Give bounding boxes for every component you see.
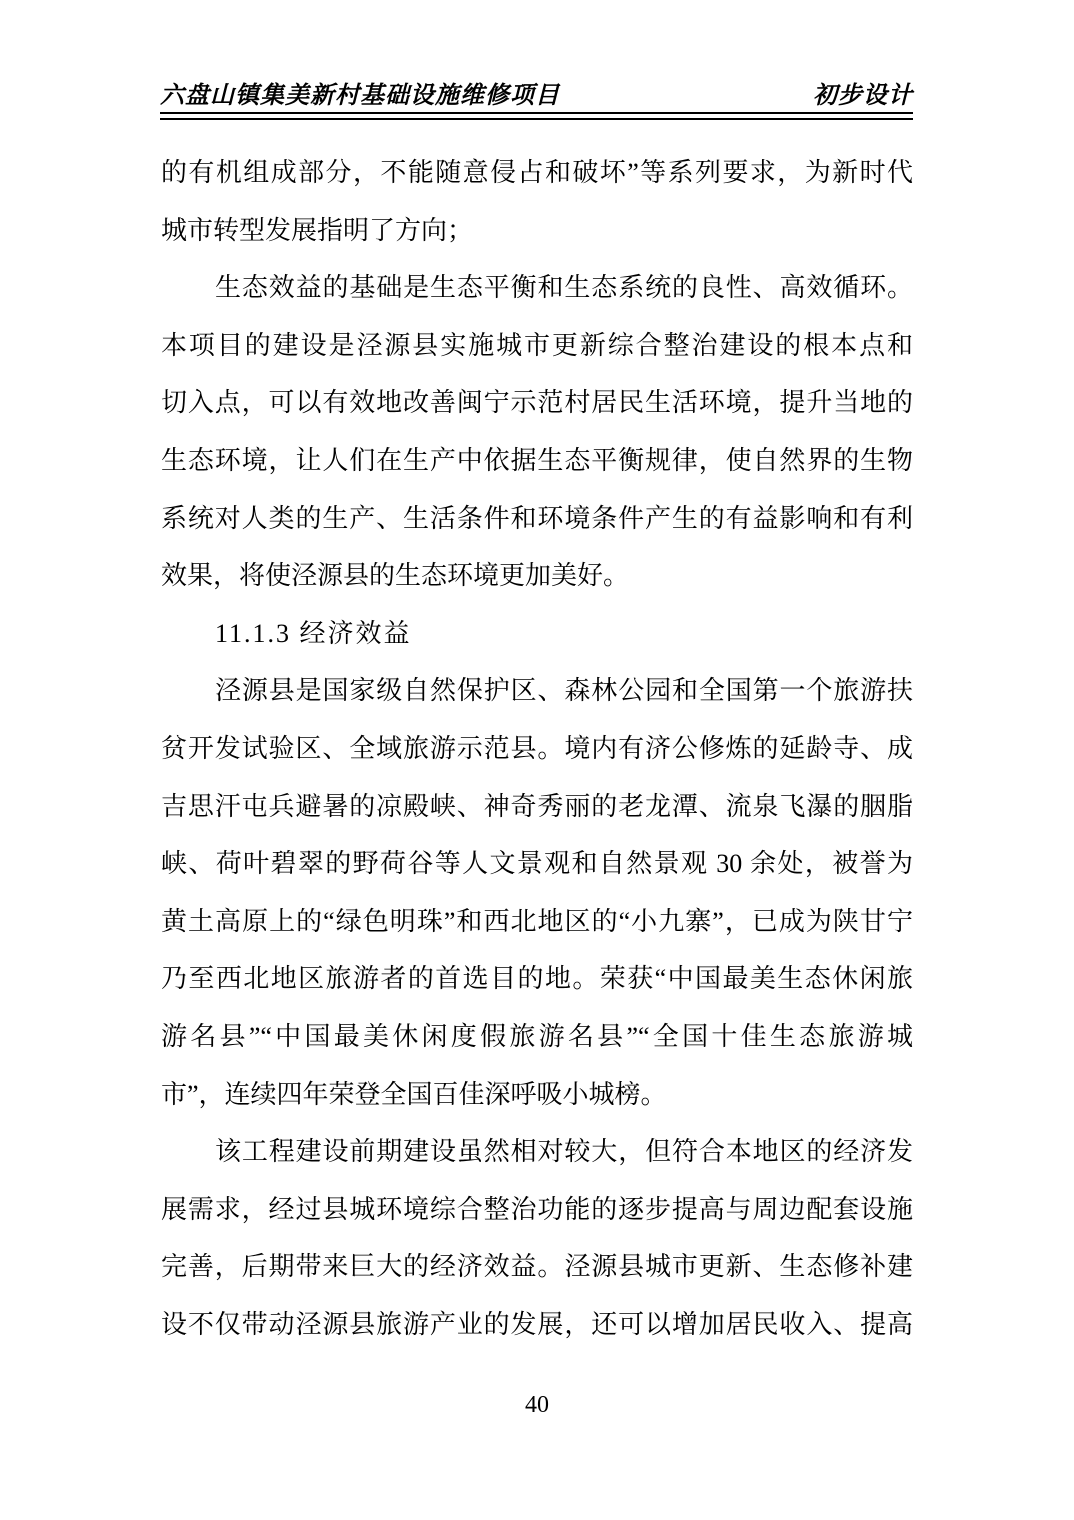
text-line: 黄土高原上的“绿色明珠”和西北地区的“小九寨”，已成为陕甘宁 — [161, 893, 913, 951]
header-doc-stage: 初步设计 — [813, 82, 913, 110]
text-line: 乃至西北地区旅游者的首选目的地。荣获“中国最美生态休闲旅 — [161, 950, 913, 1008]
text-line: 峡、荷叶碧翠的野荷谷等人文景观和自然景观 30 余处，被誉为 — [161, 835, 913, 893]
text-line: 该工程建设前期建设虽然相对较大，但符合本地区的经济发 — [161, 1123, 913, 1181]
text-line: 生态环境，让人们在生产中依据生态平衡规律，使自然界的生物 — [161, 432, 913, 490]
header-project-title: 六盘山镇集美新村基础设施维修项目 — [160, 82, 560, 110]
header-double-rule — [160, 112, 913, 120]
page-header: 六盘山镇集美新村基础设施维修项目 初步设计 — [160, 82, 913, 110]
text-line: 的有机组成部分，不能随意侵占和破坏”等系列要求，为新时代 — [161, 144, 913, 202]
text-line: 贫开发试验区、全域旅游示范县。境内有济公修炼的延龄寺、成 — [161, 720, 913, 778]
page-footer: 40 — [0, 1392, 1074, 1419]
text-line: 本项目的建设是泾源县实施城市更新综合整治建设的根本点和 — [161, 317, 913, 375]
text-line: 市”，连续四年荣登全国百佳深呼吸小城榜。 — [161, 1066, 913, 1124]
page-number: 40 — [525, 1392, 549, 1418]
document-page: 六盘山镇集美新村基础设施维修项目 初步设计 的有机组成部分，不能随意侵占和破坏”… — [0, 0, 1074, 1520]
text-line: 泾源县是国家级自然保护区、森林公园和全国第一个旅游扶 — [161, 662, 913, 720]
body-text: 的有机组成部分，不能随意侵占和破坏”等系列要求，为新时代城市转型发展指明了方向；… — [161, 144, 913, 1353]
text-line: 设不仅带动泾源县旅游产业的发展，还可以增加居民收入、提高 — [161, 1296, 913, 1354]
text-line: 展需求，经过县城环境综合整治功能的逐步提高与周边配套设施 — [161, 1181, 913, 1239]
text-line: 完善，后期带来巨大的经济效益。泾源县城市更新、生态修补建 — [161, 1238, 913, 1296]
text-line: 吉思汗屯兵避暑的凉殿峡、神奇秀丽的老龙潭、流泉飞瀑的胭脂 — [161, 778, 913, 836]
section-heading: 11.1.3 经济效益 — [161, 605, 913, 663]
text-line: 效果，将使泾源县的生态环境更加美好。 — [161, 547, 913, 605]
text-line: 城市转型发展指明了方向； — [161, 202, 913, 260]
text-line: 生态效益的基础是生态平衡和生态系统的良性、高效循环。 — [161, 259, 913, 317]
text-line: 系统对人类的生产、生活条件和环境条件产生的有益影响和有利 — [161, 490, 913, 548]
text-line: 游名县”“中国最美休闲度假旅游名县”“全国十佳生态旅游城 — [161, 1008, 913, 1066]
text-line: 切入点，可以有效地改善闽宁示范村居民生活环境，提升当地的 — [161, 374, 913, 432]
